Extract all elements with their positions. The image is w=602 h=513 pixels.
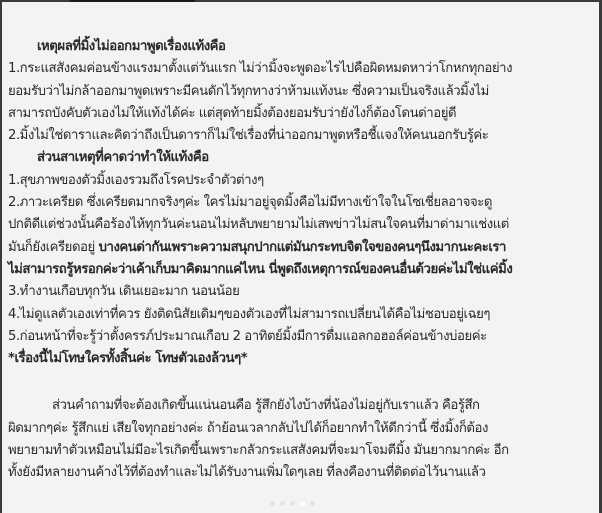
section2-heading: ส่วนสาเหตุที่คาดว่าทำให้แท้งคือ <box>8 147 598 169</box>
section3-line: ผิดมากๆค่ะ รู้สึกแย่ เสียใจทุกอย่างค่ะ ถ… <box>8 418 598 440</box>
cause-item-2-cont: ปกติดีแต่ช่วงนั้นคือร้องไห้ทุกวันค่ะนอนไ… <box>8 214 598 236</box>
post-text: เหตุผลที่มิ้งไม่ออกมาพูดเรื่องแท้งคือ 1.… <box>8 36 598 485</box>
spacer <box>8 370 598 395</box>
page-dot-active[interactable] <box>300 501 305 506</box>
page-dot[interactable] <box>280 501 285 506</box>
cause-item-2-cont: มันก็ยังเครียดอยู่ บางคนด่ากันเพราะความส… <box>8 237 598 259</box>
cause-item-2-normal: มันก็ยังเครียดอยู่ <box>8 240 99 255</box>
page-dot[interactable] <box>270 501 275 506</box>
page-dot[interactable] <box>290 501 295 506</box>
cause-item-5: 5.ก่อนหน้าที่จะรู้ว่าตั้งครรภ์ประมาณเกือ… <box>8 326 598 348</box>
page-dot[interactable] <box>310 501 315 506</box>
section1-line: 2.มิ้งไม่ใช่ดาราและคิดว่าถึงเป็นดาราก็ไม… <box>8 125 598 147</box>
cause-item-4: 4.ไม่ดูแลตัวเองเท่าที่ควร ยังติดนิสัยเดิ… <box>8 304 598 326</box>
cause-item-1: 1.สุขภาพของตัวมิ้งเองรวมถึงโรคประจำตัวต่… <box>8 170 598 192</box>
pagination-dots <box>270 501 315 506</box>
cause-item-2: 2.ภาวะเครียด ซึ่งเครียดมากจริงๆค่ะ ใครไม… <box>8 192 598 214</box>
cause-item-3: 3.ทำงานเกือบทุกวัน เดินเยอะมาก นอนน้อย <box>8 281 598 303</box>
section1-line: สามารถบังคับตัวเองไม่ให้แท้งได้ค่ะ แต่สุ… <box>8 103 598 125</box>
cause-item-2-bold: บางคนด่ากันเพราะความสนุกปากแต่มันกระทบจิ… <box>99 240 506 255</box>
section1-line: 1.กระแสสังคมค่อนข้างแรงมาตั้งแต่วันแรก ไ… <box>8 58 598 80</box>
section1-line: ยอมรับว่าไม่กล้าออกมาพูดเพราะมีคนดักไว้ท… <box>8 81 598 103</box>
note: *เรื่องนี้ไม่โทษใครทั้งสิ้นค่ะ โทษตัวเอง… <box>8 348 598 370</box>
section3-line: พยายามทำตัวเหมือนไม่มีอะไรเกิดขึ้นเพราะก… <box>8 440 598 462</box>
section3-line: ส่วนคำถามที่จะต้องเกิดขึ้นแน่นอนคือ รู้ส… <box>8 395 598 417</box>
text-slide: เหตุผลที่มิ้งไม่ออกมาพูดเรื่องแท้งคือ 1.… <box>2 2 599 513</box>
section1-heading: เหตุผลที่มิ้งไม่ออกมาพูดเรื่องแท้งคือ <box>8 36 598 58</box>
section3-line: ทั้งยังมีหลายงานค้างไว้ที่ต้องทำและไม่ได… <box>8 462 598 484</box>
cause-item-2-bold-cont: ไม่สามารถรู้หรอกค่ะว่าเค้าเก็บมาคิดมากแค… <box>8 259 598 281</box>
